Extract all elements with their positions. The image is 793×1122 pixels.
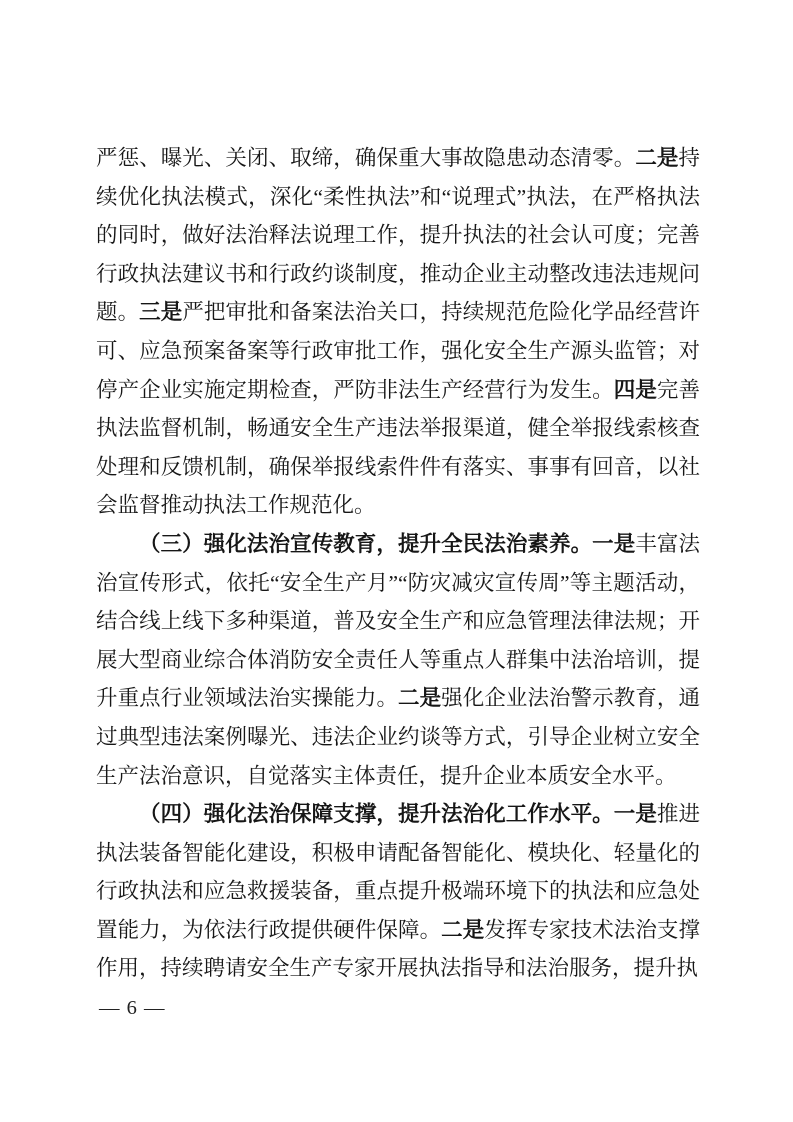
- emphasis-run: （四）强化法治保障支撑，提升法治化工作水平。一是: [139, 802, 657, 826]
- page-number: — 6 —: [99, 997, 166, 1020]
- paragraph: （四）强化法治保障支撑，提升法治化工作水平。一是推进执法装备智能化建设，积极申请…: [96, 795, 700, 988]
- emphasis-run: （三）强化法治宣传教育，提升全民法治素养。一是: [139, 532, 635, 556]
- emphasis-run: 四是: [614, 378, 657, 402]
- emphasis-run: 三是: [139, 300, 182, 324]
- emphasis-run: 二是: [441, 918, 484, 942]
- emphasis-run: 二是: [635, 146, 678, 170]
- document-body: 严惩、曝光、关闭、取缔，确保重大事故隐患动态清零。二是持续优化执法模式，深化“柔…: [96, 139, 700, 988]
- emphasis-run: 二是: [398, 686, 441, 710]
- document-page: 严惩、曝光、关闭、取缔，确保重大事故隐患动态清零。二是持续优化执法模式，深化“柔…: [0, 0, 793, 1122]
- paragraph: （三）强化法治宣传教育，提升全民法治素养。一是丰富法治宣传形式，依托“安全生产月…: [96, 525, 700, 795]
- paragraph: 严惩、曝光、关闭、取缔，确保重大事故隐患动态清零。二是持续优化执法模式，深化“柔…: [96, 139, 700, 525]
- text-run: 严惩、曝光、关闭、取缔，确保重大事故隐患动态清零。: [96, 146, 635, 170]
- text-run: 严把审批和备案法治关口，持续规范危险化学品经营许可、应急预案备案等行政审批工作，…: [96, 300, 700, 401]
- text-run: 丰富法治宣传形式，依托“安全生产月”“防灾减灾宣传周”等主题活动，结合线上线下多…: [96, 532, 700, 710]
- text-run: 持续优化执法模式，深化“柔性执法”和“说理式”执法，在严格执法的同时，做好法治释…: [96, 146, 700, 324]
